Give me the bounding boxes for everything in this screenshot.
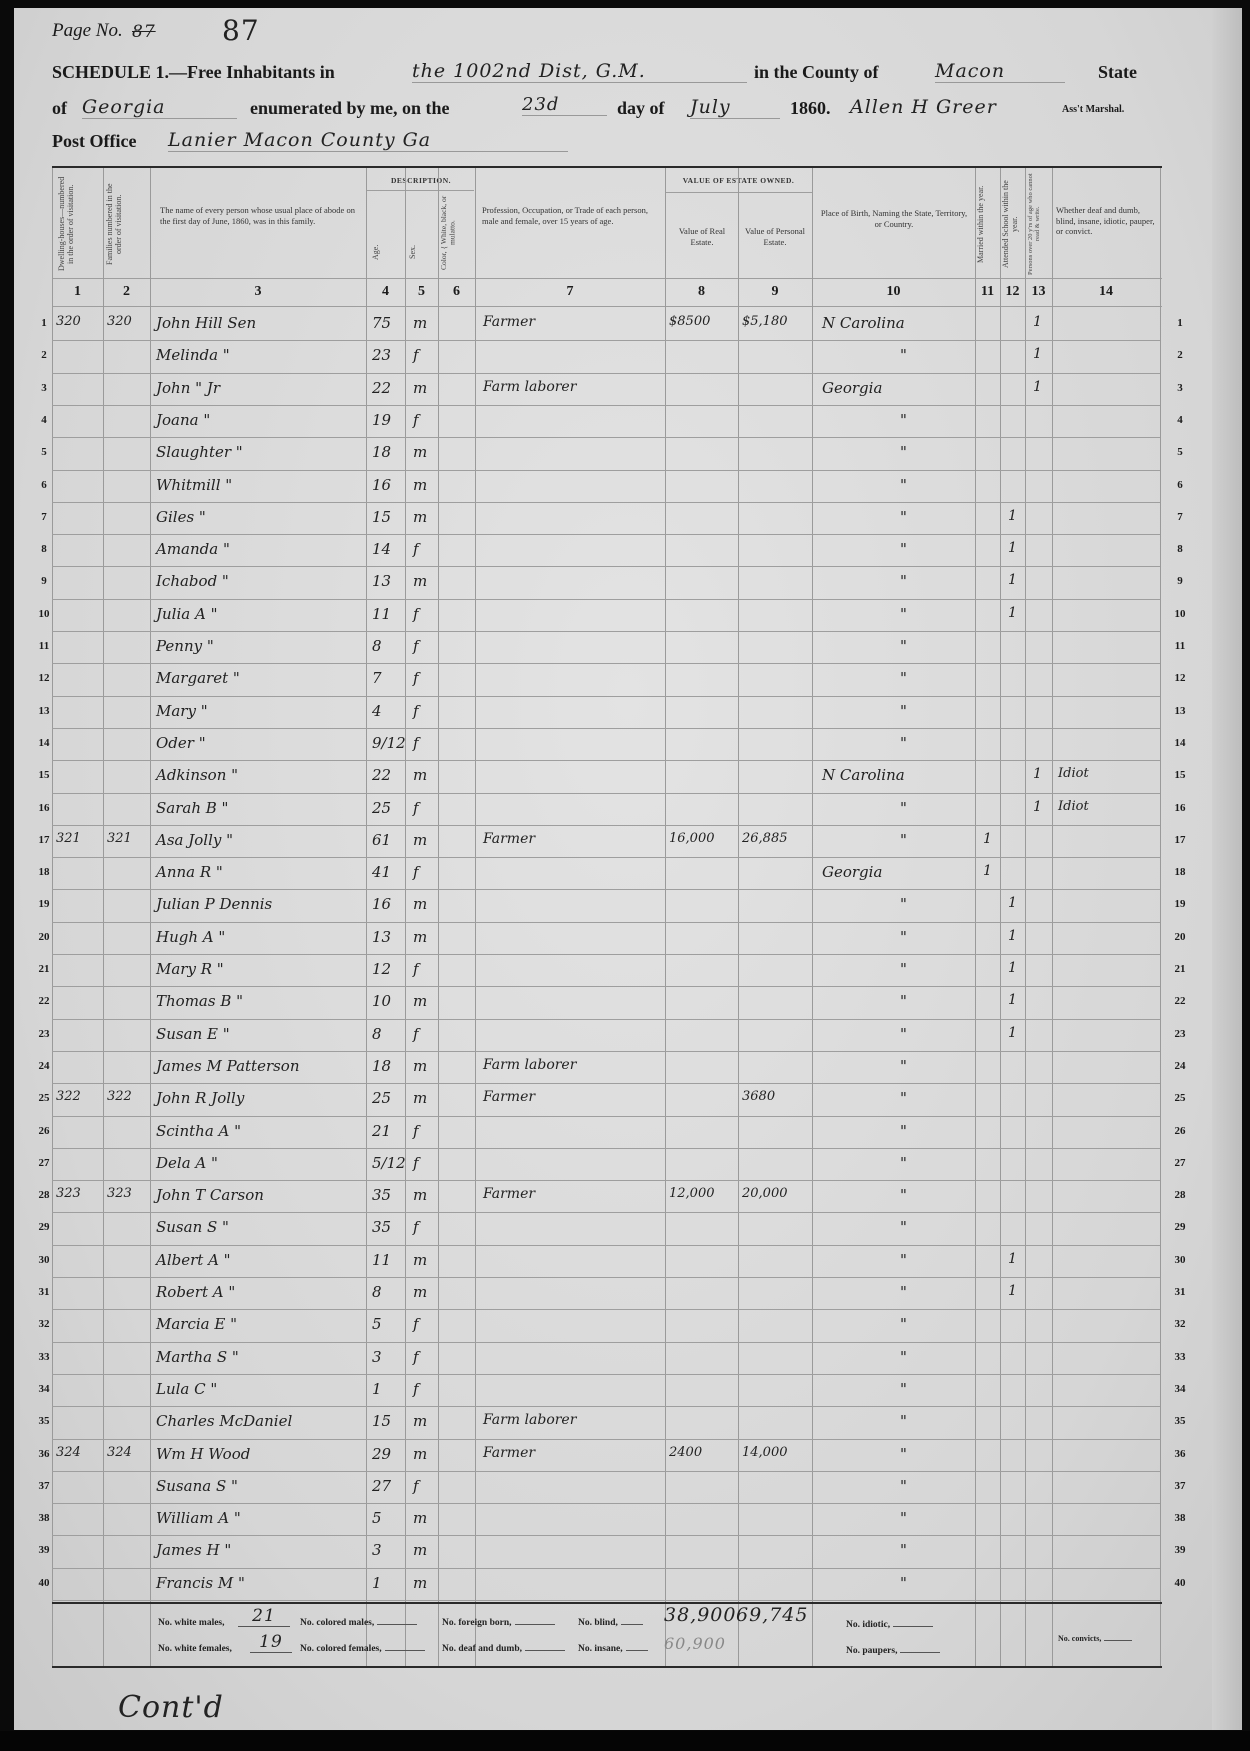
age: 16: [372, 895, 391, 913]
place-of-birth: ": [900, 1477, 907, 1495]
line-number-left: 19: [32, 898, 56, 910]
line-number-right: 30: [1168, 1254, 1192, 1266]
person-name: Susan S ": [156, 1218, 229, 1236]
column-number: 11: [975, 284, 1000, 300]
age: 19: [372, 411, 391, 429]
real-estate-value: 12,000: [669, 1186, 715, 1201]
marshal-name: Allen H Greer: [850, 96, 997, 118]
line-number-right: 31: [1168, 1286, 1192, 1298]
grid-column-line: [475, 168, 476, 1668]
col2-header: Families numbered in the order of visita…: [106, 174, 146, 274]
row-rule: [52, 340, 1160, 341]
school-mark: 1: [1008, 1251, 1017, 1267]
place-of-birth: ": [900, 605, 907, 623]
age: 75: [372, 314, 391, 332]
line-number-left: 2: [32, 349, 56, 361]
row-rule: [52, 857, 1160, 858]
person-name: Mary R ": [156, 960, 224, 978]
grid-column-line: [665, 168, 666, 1668]
line-number-left: 6: [32, 479, 56, 491]
line-number-right: 4: [1168, 414, 1192, 426]
col1-header: Dwelling-houses—numbered in the order of…: [58, 174, 98, 274]
person-name: Susana S ": [156, 1477, 238, 1495]
occupation: Farm laborer: [483, 379, 576, 395]
convicts-label: No. convicts,: [1058, 1634, 1132, 1643]
dwelling-number: 320: [56, 314, 81, 329]
line-number-right: 32: [1168, 1318, 1192, 1330]
sex: f: [413, 540, 419, 558]
line-number-left: 36: [32, 1448, 56, 1460]
sex: m: [413, 379, 427, 397]
age: 11: [372, 1251, 391, 1269]
line-number-left: 34: [32, 1383, 56, 1395]
person-name: John Hill Sen: [156, 314, 256, 332]
column-number: 3: [150, 284, 366, 300]
person-name: William A ": [156, 1509, 241, 1527]
row-rule: [52, 760, 1160, 761]
place-of-birth: ": [900, 411, 907, 429]
person-name: Charles McDaniel: [156, 1412, 292, 1430]
line-number-left: 17: [32, 834, 56, 846]
sex: f: [413, 411, 419, 429]
place-of-birth: ": [900, 1218, 907, 1236]
person-name: Martha S ": [156, 1348, 239, 1366]
place-of-birth: ": [900, 669, 907, 687]
line-number-right: 19: [1168, 898, 1192, 910]
line-number-left: 31: [32, 1286, 56, 1298]
place-of-birth: ": [900, 734, 907, 752]
grid-column-line: [975, 168, 976, 1668]
row-rule: [52, 986, 1160, 987]
line-number-left: 23: [32, 1028, 56, 1040]
page-number-label: Page No.: [52, 20, 123, 42]
sex: f: [413, 734, 419, 752]
line-number-left: 32: [32, 1318, 56, 1330]
sex: f: [413, 346, 419, 364]
sex: f: [413, 960, 419, 978]
place-of-birth: ": [900, 1089, 907, 1107]
person-name: Marcia E ": [156, 1315, 237, 1333]
age: 5: [372, 1509, 382, 1527]
line-number-left: 40: [32, 1577, 56, 1589]
person-name: Penny ": [156, 637, 214, 655]
person-name: Joana ": [156, 411, 210, 429]
place-of-birth: ": [900, 1186, 907, 1204]
occupation: Farmer: [483, 314, 535, 330]
place-of-birth: N Carolina: [822, 766, 905, 784]
row-rule: [52, 1568, 1160, 1569]
line-number-left: 4: [32, 414, 56, 426]
year-label: 1860.: [790, 98, 831, 119]
row-rule: [52, 502, 1160, 503]
age: 15: [372, 1412, 391, 1430]
person-name: Albert A ": [156, 1251, 231, 1269]
line-number-right: 37: [1168, 1480, 1192, 1492]
sex: m: [413, 508, 427, 526]
row-rule: [52, 1083, 1160, 1084]
person-name: Robert A ": [156, 1283, 235, 1301]
line-number-right: 40: [1168, 1577, 1192, 1589]
sex: f: [413, 1218, 419, 1236]
place-of-birth: Georgia: [822, 863, 882, 881]
col6-header: Color, { White, black, or mulatto.: [440, 192, 474, 274]
dwelling-number: 324: [56, 1445, 81, 1460]
age: 61: [372, 831, 391, 849]
occupation: Farmer: [483, 831, 535, 847]
sex: m: [413, 1283, 427, 1301]
person-name: Margaret ": [156, 669, 240, 687]
place-of-birth: ": [900, 1283, 907, 1301]
line-number-right: 5: [1168, 446, 1192, 458]
line-number-right: 23: [1168, 1028, 1192, 1040]
sex: f: [413, 799, 419, 817]
line-number-left: 10: [32, 608, 56, 620]
white-females-count: 19: [250, 1632, 292, 1653]
school-mark: 1: [1008, 960, 1017, 976]
colnum-bottom-rule: [52, 306, 1162, 307]
place-of-birth: ": [900, 476, 907, 494]
sex: m: [413, 1251, 427, 1269]
grid-column-line: [1160, 168, 1161, 1668]
illiterate-mark: 1: [1033, 799, 1042, 815]
person-name: Julia A ": [156, 605, 217, 623]
line-number-right: 15: [1168, 769, 1192, 781]
person-name: Julian P Dennis: [156, 895, 272, 913]
col7-header: Profession, Occupation, or Trade of each…: [482, 205, 662, 226]
line-number-right: 11: [1168, 640, 1192, 652]
line-number-right: 13: [1168, 705, 1192, 717]
sex: m: [413, 314, 427, 332]
person-name: John " Jr: [156, 379, 220, 397]
paupers-label: No. paupers,: [846, 1646, 940, 1656]
personal-estate-value: 20,000: [742, 1186, 788, 1201]
column-number: 5: [405, 284, 438, 300]
age: 22: [372, 379, 391, 397]
description-header: DESCRIPTION.: [366, 176, 476, 185]
age: 8: [372, 637, 382, 655]
post-office-label: Post Office: [52, 131, 136, 152]
sex: f: [413, 1380, 419, 1398]
row-rule: [52, 663, 1160, 664]
place-of-birth: ": [900, 1574, 907, 1592]
county-label: in the County of: [754, 62, 879, 83]
age: 1: [372, 1380, 382, 1398]
line-number-left: 15: [32, 769, 56, 781]
col5-header: Sex.: [409, 230, 433, 274]
white-males-count: 21: [238, 1606, 290, 1627]
place-of-birth: ": [900, 1025, 907, 1043]
illiterate-mark: 1: [1033, 346, 1042, 362]
line-number-left: 26: [32, 1125, 56, 1137]
column-number: 4: [366, 284, 405, 300]
state-field: Georgia: [82, 96, 237, 119]
married-mark: 1: [983, 863, 992, 879]
age: 21: [372, 1122, 391, 1140]
line-number-left: 24: [32, 1060, 56, 1072]
place-of-birth: ": [900, 1445, 907, 1463]
sex: m: [413, 831, 427, 849]
row-rule: [52, 1148, 1160, 1149]
totals-bottom-rule: [52, 1666, 1162, 1668]
sex: m: [413, 992, 427, 1010]
grid-column-line: [438, 168, 439, 1668]
line-number-right: 9: [1168, 575, 1192, 587]
enumerated-label: enumerated by me, on the: [250, 98, 449, 119]
family-number: 323: [107, 1186, 132, 1201]
col14-header: Whether deaf and dumb, blind, insane, id…: [1056, 205, 1156, 237]
person-name: Wm H Wood: [156, 1445, 250, 1463]
dwelling-number: 322: [56, 1089, 81, 1104]
idiotic-label: No. idiotic,: [846, 1620, 933, 1630]
personal-estate-value: 26,885: [742, 831, 788, 846]
column-number: 14: [1052, 284, 1160, 300]
place-of-birth: ": [900, 1541, 907, 1559]
person-name: Slaughter ": [156, 443, 243, 461]
personal-estate-value: 3680: [742, 1089, 775, 1104]
row-rule: [52, 825, 1160, 826]
column-number: 9: [738, 284, 812, 300]
person-name: Giles ": [156, 508, 206, 526]
line-number-right: 22: [1168, 995, 1192, 1007]
row-rule: [52, 566, 1160, 567]
line-number-right: 33: [1168, 1351, 1192, 1363]
age: 25: [372, 799, 391, 817]
age: 14: [372, 540, 391, 558]
person-name: Ichabod ": [156, 572, 229, 590]
colored-females-label: No. colored females,: [300, 1644, 425, 1654]
district-field: the 1002nd Dist, G.M.: [412, 60, 747, 83]
age: 15: [372, 508, 391, 526]
person-name: James M Patterson: [156, 1057, 300, 1075]
person-name: Scintha A ": [156, 1122, 241, 1140]
age: 13: [372, 928, 391, 946]
person-name: Oder ": [156, 734, 206, 752]
column-number: 6: [438, 284, 475, 300]
row-rule: [52, 1374, 1160, 1375]
person-name: Thomas B ": [156, 992, 243, 1010]
month-field: July: [690, 96, 780, 119]
age: 12: [372, 960, 391, 978]
age: 18: [372, 1057, 391, 1075]
line-number-right: 3: [1168, 382, 1192, 394]
line-number-right: 35: [1168, 1415, 1192, 1427]
schedule-title: SCHEDULE 1.—Free Inhabitants in: [52, 62, 335, 83]
person-name: John R Jolly: [156, 1089, 244, 1107]
sex: m: [413, 1089, 427, 1107]
line-number-right: 17: [1168, 834, 1192, 846]
row-rule: [52, 405, 1160, 406]
row-rule: [52, 1503, 1160, 1504]
line-number-left: 37: [32, 1480, 56, 1492]
line-number-right: 14: [1168, 737, 1192, 749]
insane-label: No. insane,: [578, 1644, 648, 1654]
line-number-right: 12: [1168, 672, 1192, 684]
blind-label: No. blind,: [578, 1618, 643, 1628]
dwelling-number: 323: [56, 1186, 81, 1201]
line-number-right: 7: [1168, 511, 1192, 523]
place-of-birth: ": [900, 1412, 907, 1430]
age: 8: [372, 1025, 382, 1043]
page-number: 87: [222, 14, 260, 47]
pencil-total: 60,900: [664, 1634, 726, 1653]
person-name: Dela A ": [156, 1154, 218, 1172]
line-number-right: 28: [1168, 1189, 1192, 1201]
place-of-birth: ": [900, 799, 907, 817]
line-number-right: 39: [1168, 1544, 1192, 1556]
school-mark: 1: [1008, 572, 1017, 588]
estate-rule: [666, 192, 812, 193]
place-of-birth: Georgia: [822, 379, 882, 397]
row-rule: [52, 1406, 1160, 1407]
row-rule: [52, 1439, 1160, 1440]
person-name: Whitmill ": [156, 476, 232, 494]
place-of-birth: ": [900, 508, 907, 526]
place-of-birth: ": [900, 1509, 907, 1527]
row-rule: [52, 728, 1160, 729]
line-number-left: 30: [32, 1254, 56, 1266]
row-rule: [52, 1309, 1160, 1310]
sex: m: [413, 1541, 427, 1559]
line-number-left: 1: [32, 317, 56, 329]
line-number-right: 29: [1168, 1221, 1192, 1233]
place-of-birth: ": [900, 572, 907, 590]
person-name: Susan E ": [156, 1025, 230, 1043]
age: 10: [372, 992, 391, 1010]
column-number: 1: [52, 284, 103, 300]
school-mark: 1: [1008, 508, 1017, 524]
line-number-left: 25: [32, 1092, 56, 1104]
person-name: Asa Jolly ": [156, 831, 233, 849]
real-estate-value: $8500: [669, 314, 710, 329]
row-rule: [52, 1019, 1160, 1020]
line-number-right: 24: [1168, 1060, 1192, 1072]
occupation: Farmer: [483, 1445, 535, 1461]
sex: f: [413, 1348, 419, 1366]
person-name: Francis M ": [156, 1574, 245, 1592]
row-rule: [52, 1245, 1160, 1246]
line-number-left: 9: [32, 575, 56, 587]
line-number-left: 35: [32, 1415, 56, 1427]
place-of-birth: ": [900, 1380, 907, 1398]
row-rule: [52, 599, 1160, 600]
place-of-birth: ": [900, 1122, 907, 1140]
place-of-birth: ": [900, 992, 907, 1010]
row-rule: [52, 373, 1160, 374]
row-rule: [52, 1180, 1160, 1181]
line-number-right: 27: [1168, 1157, 1192, 1169]
col10-header: Place of Birth, Naming the State, Territ…: [818, 208, 970, 229]
scan-border: [0, 1731, 1250, 1751]
condition: Idiot: [1058, 766, 1089, 781]
line-number-left: 12: [32, 672, 56, 684]
person-name: James H ": [156, 1541, 231, 1559]
age: 5: [372, 1315, 382, 1333]
row-rule: [52, 1116, 1160, 1117]
place-of-birth: ": [900, 702, 907, 720]
county-field: Macon: [935, 60, 1065, 83]
dwelling-number: 321: [56, 831, 81, 846]
school-mark: 1: [1008, 895, 1017, 911]
column-number: 12: [1000, 284, 1025, 300]
line-number-left: 39: [32, 1544, 56, 1556]
line-number-left: 11: [32, 640, 56, 652]
column-number: 8: [665, 284, 738, 300]
column-number: 2: [103, 284, 150, 300]
place-of-birth: ": [900, 1057, 907, 1075]
sex: m: [413, 476, 427, 494]
sex: f: [413, 605, 419, 623]
totals-top-rule: [52, 1602, 1162, 1604]
row-rule: [52, 922, 1160, 923]
row-rule: [52, 437, 1160, 438]
grid-column-line: [812, 168, 813, 1668]
place-of-birth: ": [900, 540, 907, 558]
occupation: Farm laborer: [483, 1057, 576, 1073]
line-number-left: 21: [32, 963, 56, 975]
place-of-birth: ": [900, 637, 907, 655]
person-name: Lula C ": [156, 1380, 217, 1398]
row-rule: [52, 631, 1160, 632]
sex: m: [413, 1186, 427, 1204]
person-name: Anna R ": [156, 863, 223, 881]
line-number-right: 10: [1168, 608, 1192, 620]
family-number: 320: [107, 314, 132, 329]
person-name: Sarah B ": [156, 799, 228, 817]
married-mark: 1: [983, 831, 992, 847]
sex: m: [413, 766, 427, 784]
occupation: Farmer: [483, 1186, 535, 1202]
post-office-field: Lanier Macon County Ga: [168, 129, 568, 152]
age: 18: [372, 443, 391, 461]
family-number: 322: [107, 1089, 132, 1104]
person-name: Hugh A ": [156, 928, 225, 946]
personal-estate-total: 69,745: [736, 1604, 808, 1626]
row-rule: [52, 1342, 1160, 1343]
grid-column-line: [1000, 168, 1001, 1668]
row-rule: [52, 1051, 1160, 1052]
col3-header: The name of every person whose usual pla…: [160, 205, 360, 226]
condition: Idiot: [1058, 799, 1089, 814]
school-mark: 1: [1008, 1025, 1017, 1041]
grid-column-line: [366, 168, 367, 1668]
age: 9/12: [372, 734, 406, 752]
age: 41: [372, 863, 391, 881]
sex: m: [413, 928, 427, 946]
line-number-right: 1: [1168, 317, 1192, 329]
row-rule: [52, 954, 1160, 955]
line-number-right: 26: [1168, 1125, 1192, 1137]
place-of-birth: ": [900, 346, 907, 364]
age: 13: [372, 572, 391, 590]
line-number-left: 33: [32, 1351, 56, 1363]
person-name: Melinda ": [156, 346, 230, 364]
line-number-right: 20: [1168, 931, 1192, 943]
sex: f: [413, 1025, 419, 1043]
real-estate-total: 38,900: [664, 1604, 736, 1626]
occupation: Farmer: [483, 1089, 535, 1105]
school-mark: 1: [1008, 540, 1017, 556]
col13-header: Persons over 20 y'rs of age who cannot r…: [1027, 172, 1051, 276]
line-number-left: 7: [32, 511, 56, 523]
age: 7: [372, 669, 382, 687]
sex: f: [413, 1154, 419, 1172]
place-of-birth: ": [900, 1348, 907, 1366]
sex: f: [413, 863, 419, 881]
line-number-right: 6: [1168, 479, 1192, 491]
col8-header: Value of Real Estate.: [668, 226, 736, 247]
row-rule: [52, 534, 1160, 535]
school-mark: 1: [1008, 605, 1017, 621]
